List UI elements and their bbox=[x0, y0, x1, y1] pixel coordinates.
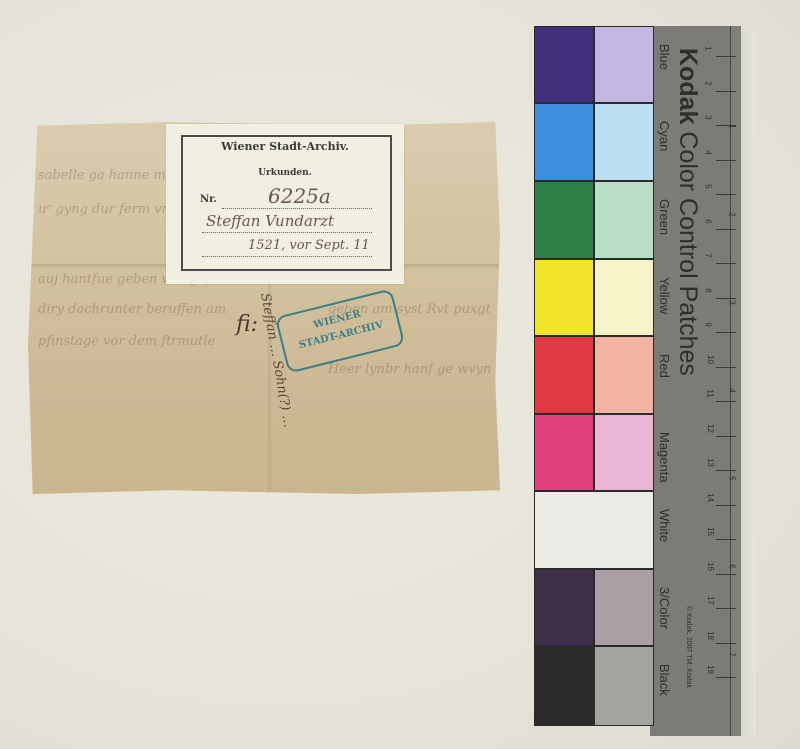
label-line bbox=[202, 232, 372, 233]
patch-blue-dark bbox=[534, 26, 594, 103]
patch-3-color-dark bbox=[534, 569, 594, 646]
patch-black-dark bbox=[534, 646, 594, 726]
patch-magenta-dark bbox=[534, 414, 594, 491]
cm-label: 12 bbox=[706, 424, 715, 433]
patch-red-dark bbox=[534, 336, 594, 414]
chart-title-text: Color Control Patches bbox=[674, 131, 702, 376]
label-date: 1521, vor Sept. 11 bbox=[248, 238, 370, 253]
label-line bbox=[202, 256, 372, 257]
cm-tick bbox=[716, 677, 736, 678]
cm-tick bbox=[716, 470, 736, 471]
cm-label: 11 bbox=[706, 389, 715, 397]
patch-label: Black bbox=[657, 664, 672, 696]
cm-label: 4 bbox=[704, 150, 713, 154]
patch-label: Green bbox=[657, 199, 672, 235]
chart-shadow bbox=[740, 30, 756, 735]
chart-copyright: © Kodak, 2007 TM: Kodak bbox=[685, 606, 692, 688]
cm-tick bbox=[716, 574, 736, 575]
patch-yellow-light bbox=[594, 259, 654, 336]
inch-label: 2 bbox=[728, 212, 737, 216]
label-line bbox=[222, 208, 372, 209]
cm-tick bbox=[716, 401, 736, 402]
margin-mark: fi: bbox=[236, 312, 258, 337]
cm-label: 7 bbox=[704, 253, 713, 257]
cm-tick bbox=[716, 505, 736, 506]
label-name: Steffan Vundarzt bbox=[206, 212, 334, 230]
cm-tick bbox=[716, 194, 736, 195]
cm-tick bbox=[716, 263, 736, 264]
chart-brand: Kodak bbox=[674, 48, 702, 124]
cm-label: 17 bbox=[706, 596, 715, 605]
label-subtitle: Urkunden. bbox=[166, 168, 404, 178]
cm-label: 14 bbox=[706, 493, 715, 502]
inch-label: 6 bbox=[728, 564, 737, 568]
cm-tick bbox=[716, 91, 736, 92]
cm-label: 19 bbox=[706, 665, 715, 674]
cm-label: 8 bbox=[704, 288, 713, 292]
patch-label: 3/Color bbox=[657, 587, 672, 629]
cm-tick bbox=[716, 332, 736, 333]
ruler bbox=[730, 26, 741, 736]
cm-label: 3 bbox=[704, 115, 713, 119]
cm-label: 6 bbox=[704, 219, 713, 223]
inch-label: 1 bbox=[728, 124, 737, 128]
patch-label: Magenta bbox=[657, 432, 672, 483]
patch-green-dark bbox=[534, 181, 594, 259]
patch-yellow-dark bbox=[534, 259, 594, 336]
patch-black-light bbox=[594, 646, 654, 726]
patch-label: Cyan bbox=[657, 121, 672, 151]
cm-label: 13 bbox=[706, 458, 715, 467]
inch-label: 3 bbox=[728, 300, 737, 304]
faded-text-line: Heer lynbr hanf ge wvyn bbox=[328, 362, 491, 377]
cm-label: 2 bbox=[704, 81, 713, 85]
cm-tick bbox=[716, 56, 736, 57]
patch-label: Red bbox=[657, 354, 672, 378]
patch-label: White bbox=[657, 509, 672, 542]
patch-cyan-light bbox=[594, 103, 654, 181]
faded-text-line: diry dachrunter beruffen am bbox=[38, 302, 226, 317]
cm-label: 5 bbox=[704, 184, 713, 188]
cm-tick bbox=[716, 160, 736, 161]
cm-label: 1 bbox=[704, 46, 713, 50]
cm-label: 9 bbox=[704, 322, 713, 326]
patch-red-light bbox=[594, 336, 654, 414]
patch-white bbox=[534, 491, 654, 569]
cm-label: 10 bbox=[706, 355, 715, 364]
patch-label: Yellow bbox=[657, 277, 672, 314]
label-title: Wiener Stadt-Archiv. bbox=[166, 140, 404, 153]
cm-label: 16 bbox=[706, 562, 715, 571]
label-nr-prefix: Nr. bbox=[200, 194, 217, 205]
patch-green-light bbox=[594, 181, 654, 259]
cm-tick bbox=[716, 229, 736, 230]
patch-blue-light bbox=[594, 26, 654, 103]
inch-label: 5 bbox=[728, 476, 737, 480]
cm-tick bbox=[716, 608, 736, 609]
patch-magenta-light bbox=[594, 414, 654, 491]
cm-label: 18 bbox=[706, 631, 715, 640]
cm-label: 15 bbox=[706, 527, 715, 536]
cm-tick bbox=[716, 298, 736, 299]
kodak-color-chart: BlueCyanGreenYellowRedMagentaWhite3/Colo… bbox=[530, 26, 740, 732]
inch-label: 4 bbox=[728, 388, 737, 392]
faded-text-line: pfinstage vor dem ftrmutle bbox=[38, 334, 215, 349]
cm-tick bbox=[716, 367, 736, 368]
cm-tick bbox=[716, 643, 736, 644]
patch-label: Blue bbox=[657, 44, 672, 70]
cm-tick bbox=[716, 539, 736, 540]
inch-label: 7 bbox=[728, 652, 737, 656]
label-number: 6225a bbox=[268, 184, 331, 208]
patch-cyan-dark bbox=[534, 103, 594, 181]
cm-tick bbox=[716, 436, 736, 437]
archive-label: Wiener Stadt-Archiv. Urkunden. Nr. 6225a… bbox=[166, 124, 404, 284]
chart-title: Kodak Color Control Patches bbox=[673, 48, 702, 376]
patch-3-color-light bbox=[594, 569, 654, 646]
